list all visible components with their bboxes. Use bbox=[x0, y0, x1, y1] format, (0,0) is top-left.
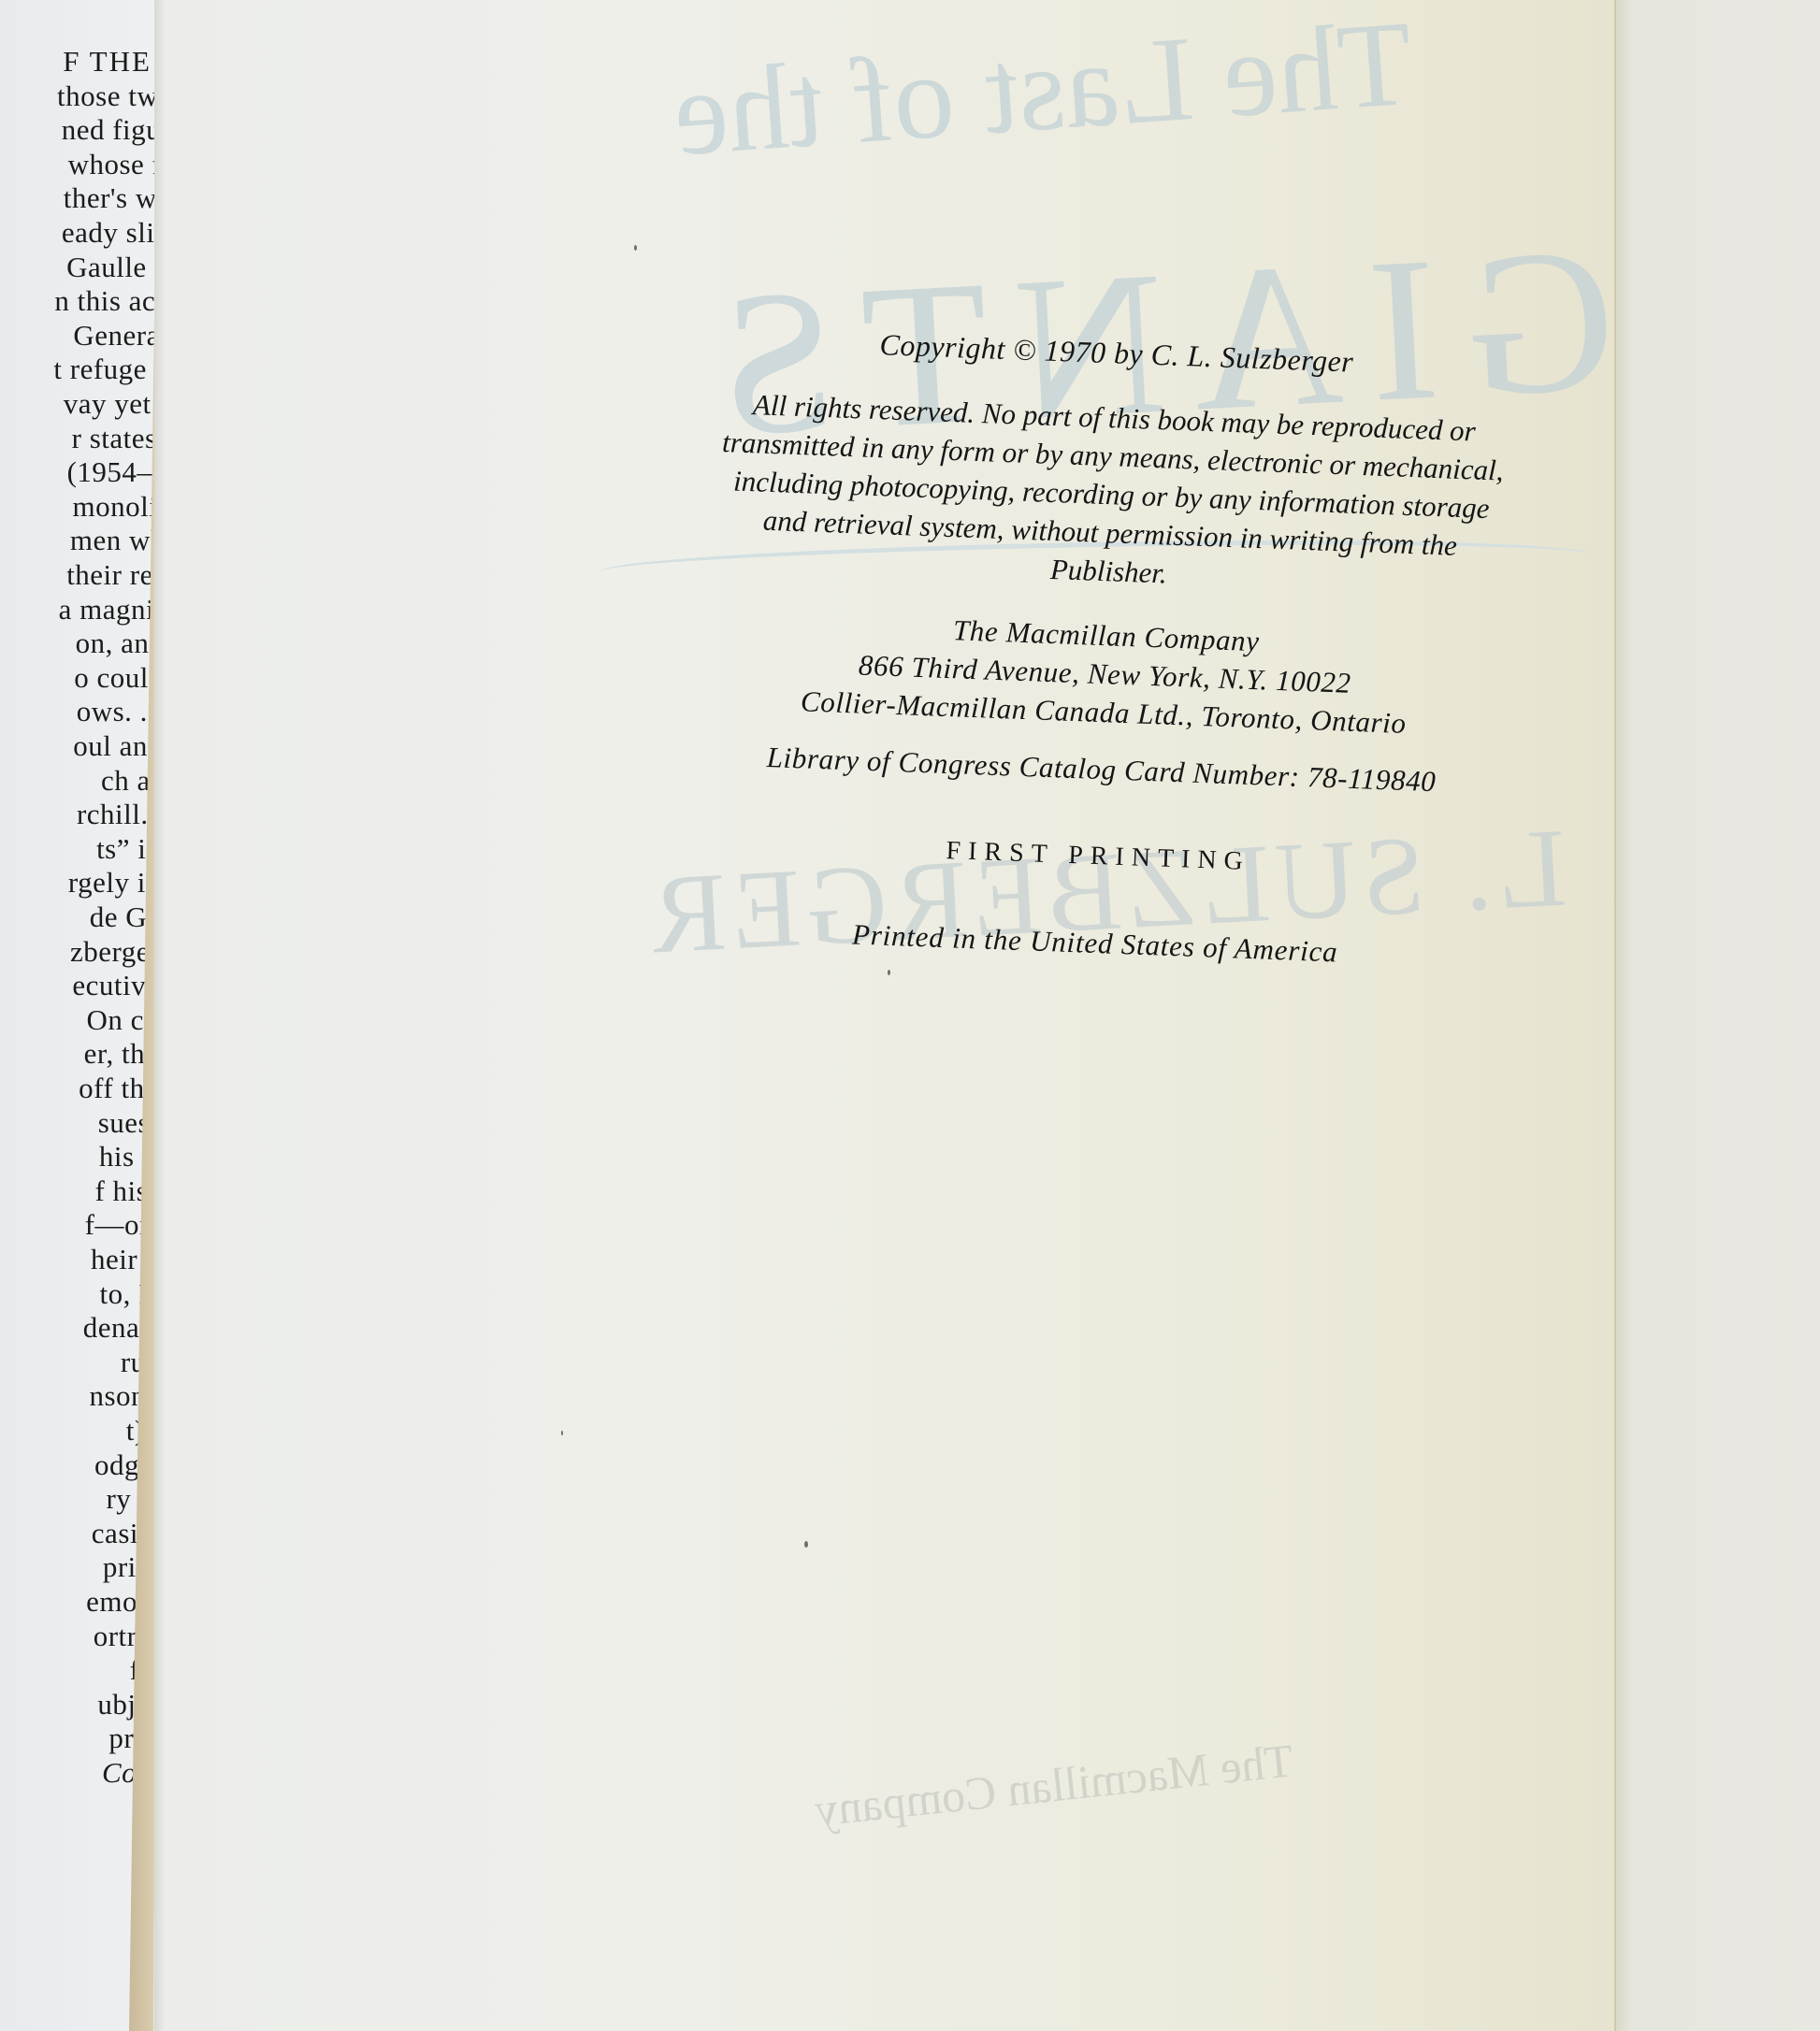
paper-speck bbox=[561, 1431, 563, 1435]
page-edge-shadow bbox=[154, 0, 166, 2031]
flap-text-line: F THE ( bbox=[63, 45, 164, 79]
paper-speck bbox=[634, 245, 637, 251]
flap-text-line: ned figur bbox=[62, 113, 164, 147]
flap-text-line: eady slip bbox=[62, 216, 164, 250]
flap-text-line: those twc bbox=[57, 79, 164, 113]
flap-text-line: n this acc bbox=[54, 284, 164, 318]
flap-text-line: ther's wa bbox=[64, 181, 164, 215]
publisher-info: The Macmillan Company 866 Third Avenue, … bbox=[658, 600, 1551, 748]
flap-text-line: whose fl bbox=[68, 148, 164, 181]
paper-speck bbox=[804, 1541, 808, 1548]
paper-speck bbox=[888, 970, 890, 975]
flap-text-line: (1954— bbox=[67, 455, 164, 489]
flap-text-line: their res bbox=[66, 558, 164, 592]
lccn-number: Library of Congress Catalog Card Number:… bbox=[657, 734, 1546, 805]
adjacent-page bbox=[1616, 0, 1820, 2031]
rights-statement: All rights reserved. No part of this boo… bbox=[664, 382, 1559, 607]
printing-edition: FIRST PRINTING bbox=[654, 821, 1543, 892]
flap-text-line: a magnif bbox=[59, 593, 164, 627]
flap-text-line: General bbox=[73, 319, 164, 353]
flap-text-line: men wh bbox=[70, 524, 164, 557]
flap-text-line: t refuge a bbox=[53, 353, 164, 386]
flap-text-line: vay yet t bbox=[64, 387, 164, 421]
flap-text-line: r statesr bbox=[72, 422, 164, 455]
copyright-block: Copyright © 1970 by C. L. Sulzberger All… bbox=[650, 318, 1561, 978]
flap-text-line: monolit bbox=[72, 490, 164, 524]
flap-text-line: Gaulle v bbox=[66, 251, 164, 284]
